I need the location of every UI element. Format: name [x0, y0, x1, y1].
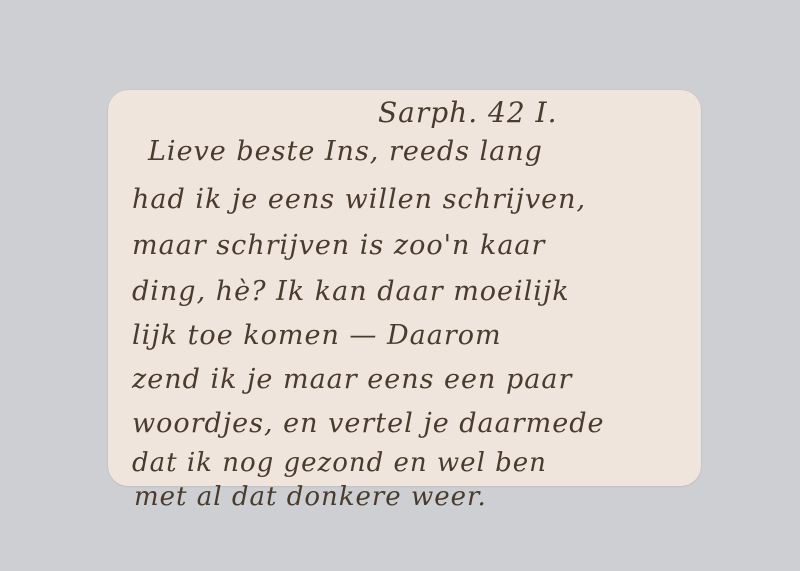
handwritten-line-9: met al dat donkere weer.	[134, 482, 487, 512]
handwritten-line-1: Lieve beste Ins, reeds lang	[148, 136, 543, 167]
handwritten-line-3: maar schrijven is zoo'n kaar	[132, 230, 545, 261]
postcard: Sarph. 42 I. Lieve beste Ins, reeds lang…	[108, 90, 701, 486]
handwritten-line-7: woordjes, en vertel je daarmede	[132, 408, 604, 439]
handwritten-line-2: had ik je eens willen schrijven,	[132, 184, 586, 215]
handwritten-line-6: zend ik je maar eens een paar	[132, 364, 572, 395]
postcard-date-header: Sarph. 42 I.	[378, 96, 558, 129]
handwritten-line-8: dat ik nog gezond en wel ben	[132, 448, 547, 478]
handwritten-line-5: lijk toe komen — Daarom	[132, 320, 502, 351]
handwritten-line-4: ding, hè? Ik kan daar moeilijk	[132, 276, 570, 307]
